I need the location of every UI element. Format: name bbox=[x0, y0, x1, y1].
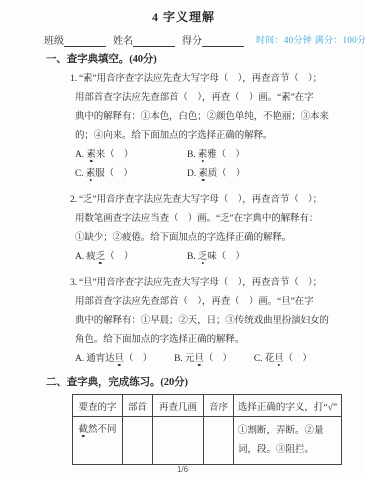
emphasized-char: 乏 bbox=[198, 252, 207, 262]
score-label: 得分 bbox=[182, 32, 202, 47]
time-score-info: 时间：40分钟 满分：100分 bbox=[256, 33, 365, 47]
question-line: 用部首查字法应先查部首（ ），再查（ ）画。“素”在字 bbox=[70, 89, 345, 108]
table-header-cell-0: 要查的字 bbox=[73, 395, 123, 417]
section-2-heading: 二、查字典，完成练习。(20分) bbox=[46, 376, 345, 390]
name-label: 姓名 bbox=[113, 32, 133, 47]
page-title: 4 字义理解 bbox=[22, 8, 345, 25]
emphasized-char: 素 bbox=[198, 150, 207, 160]
emphasized-char: 旦 bbox=[115, 354, 124, 364]
worksheet-page: 4 字义理解 班级姓名得分 时间：40分钟 满分：100分 一、查字典填空。(4… bbox=[0, 0, 365, 479]
options-row: C. 素服（ ）D. 素质（ ） bbox=[70, 165, 345, 184]
emphasized-char: 乏 bbox=[96, 252, 105, 262]
question-3: 3.“旦”用音序查字法应先查大写字母（ ），再查音节（ ）；用部首查字法应先查部… bbox=[70, 274, 345, 369]
table-header-cell-4: 选择正确的字义，打“√” bbox=[234, 395, 342, 417]
word-cell: 截然不同 bbox=[73, 417, 123, 465]
class-blank-line bbox=[64, 35, 106, 47]
dictionary-lookup-table: 要查的字部首再查几画音序选择正确的字义，打“√” 截然不同①割断，弄断。②量词，… bbox=[72, 394, 342, 465]
options-row: A. 疲乏（ ）B. 乏味（ ） bbox=[70, 248, 345, 267]
option-a: A. 通宵达旦（ ） bbox=[75, 350, 152, 369]
table-header-cell-2: 再查几画 bbox=[153, 395, 204, 417]
emphasized-char: 旦 bbox=[194, 354, 203, 364]
option-b: B. 元旦（ ） bbox=[174, 350, 232, 369]
question-line: 用数笔画查字法应当查（ ）画。“乏”在字典中的解释有： bbox=[70, 210, 345, 229]
option-c: C. 花旦（ ） bbox=[254, 350, 312, 369]
question-number: 3. bbox=[70, 278, 77, 288]
question-line: 3.“旦”用音序查字法应先查大写字母（ ），再查音节（ ）； bbox=[70, 274, 345, 293]
emphasized-char: 旦 bbox=[274, 354, 283, 364]
table-row: 截然不同①割断，弄断。②量词，段。③阻拦。 bbox=[73, 417, 342, 465]
question-line: 的；④向来。给下面加点的字选择正确的解释。 bbox=[70, 127, 345, 146]
section-1-heading: 一、查字典填空。(40分) bbox=[46, 53, 345, 67]
option-a: A. 疲乏（ ） bbox=[75, 248, 187, 267]
student-info-row: 班级姓名得分 时间：40分钟 满分：100分 bbox=[44, 32, 345, 47]
info-fields: 班级姓名得分 bbox=[44, 32, 251, 47]
emphasized-char: 素 bbox=[86, 169, 95, 179]
question-2: 2.“乏”用音序查字法应先查大写字母（ ），再查音节（ ）；用数笔画查字法应当查… bbox=[70, 191, 345, 267]
question-line: 典中的解释有：①早晨；②天，日；③传统戏曲里扮演妇女的 bbox=[70, 312, 345, 331]
class-field: 班级 bbox=[44, 32, 106, 47]
name-field: 姓名 bbox=[113, 32, 175, 47]
option-a: A. 素来（ ） bbox=[75, 146, 187, 165]
emphasized-char: 素 bbox=[86, 150, 95, 160]
option-c: C. 素服（ ） bbox=[75, 165, 187, 184]
question-line: 2.“乏”用音序查字法应先查大写字母（ ），再查音节（ ）； bbox=[70, 191, 345, 210]
option-d: D. 素质（ ） bbox=[187, 165, 299, 184]
page-number: 1/6 bbox=[0, 465, 365, 474]
score-blank-line bbox=[202, 35, 244, 47]
name-blank-line bbox=[133, 35, 175, 47]
options-row: A. 素来（ ）B. 素雅（ ） bbox=[70, 146, 345, 165]
question-line: 1.“素”用音序查字法应先查大写字母（ ），再查音节（ ）； bbox=[70, 70, 345, 89]
question-number: 2. bbox=[70, 195, 77, 205]
strokes-cell bbox=[153, 417, 204, 465]
table-header-cell-3: 音序 bbox=[204, 395, 234, 417]
question-line: ①缺少；②疲倦。给下面加点的字选择正确的解释。 bbox=[70, 229, 345, 248]
question-1: 1.“素”用音序查字法应先查大写字母（ ），再查音节（ ）；用部首查字法应先查部… bbox=[70, 70, 345, 184]
table-header-row: 要查的字部首再查几画音序选择正确的字义，打“√” bbox=[73, 395, 342, 417]
score-field: 得分 bbox=[182, 32, 244, 47]
option-b: B. 素雅（ ） bbox=[187, 146, 299, 165]
meaning-cell: ①割断，弄断。②量词，段。③阻拦。 bbox=[234, 417, 342, 465]
question-line: 用部首查字法应先查部首（ ），再查（ ）画。“旦”在字 bbox=[70, 293, 345, 312]
options-row: A. 通宵达旦（ ）B. 元旦（ ）C. 花旦（ ） bbox=[70, 350, 345, 369]
emphasized-char: 截 bbox=[78, 425, 88, 435]
table-header-cell-1: 部首 bbox=[123, 395, 153, 417]
emphasized-char: 素 bbox=[198, 169, 207, 179]
radical-cell bbox=[123, 417, 153, 465]
question-line: 角色。给下面加点的字选择正确的解释。 bbox=[70, 331, 345, 350]
alphabet-cell bbox=[204, 417, 234, 465]
option-b: B. 乏味（ ） bbox=[187, 248, 299, 267]
class-label: 班级 bbox=[44, 32, 64, 47]
question-number: 1. bbox=[70, 74, 77, 84]
question-line: 典中的解释有：①本色，白色；②颜色单纯，不艳丽；③本来 bbox=[70, 108, 345, 127]
questions-list: 1.“素”用音序查字法应先查大写字母（ ），再查音节（ ）；用部首查字法应先查部… bbox=[42, 70, 345, 369]
